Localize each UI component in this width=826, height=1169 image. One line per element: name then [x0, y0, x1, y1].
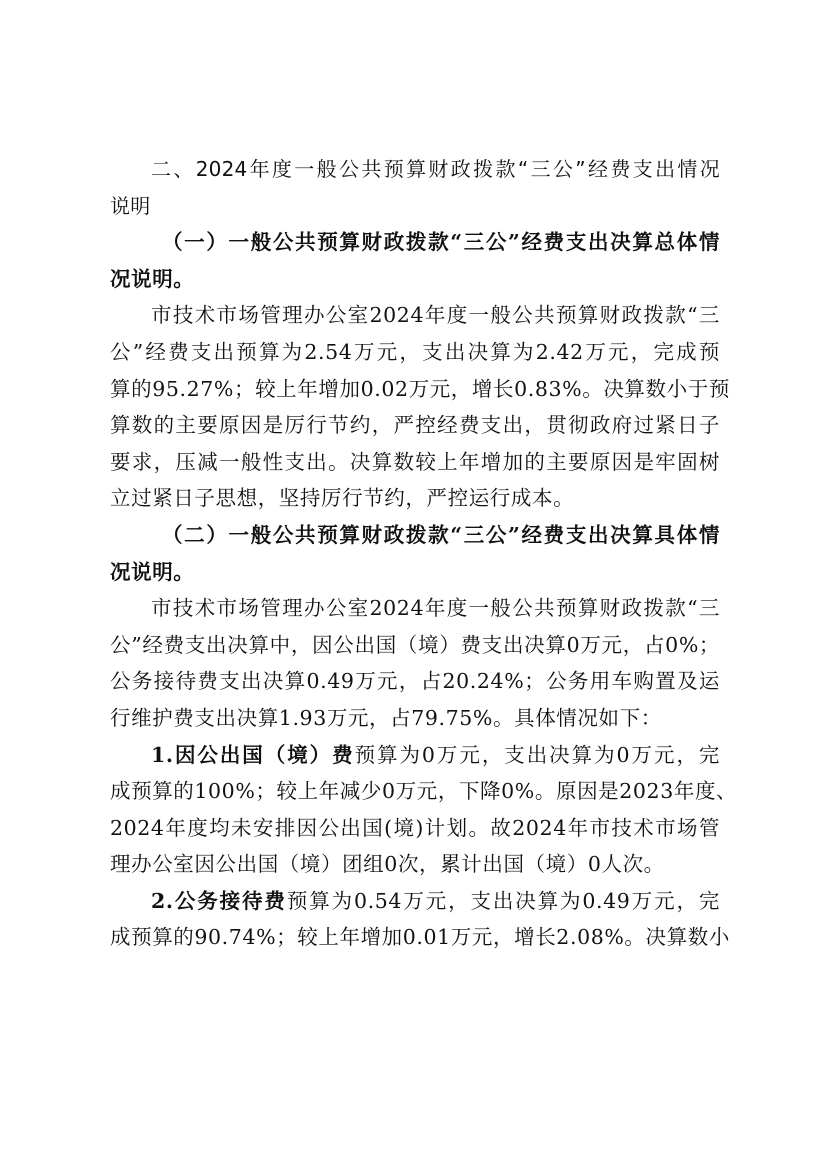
item-1-line: 2024年度均未安排因公出国(境)计划。故2024年市技术市场管 — [110, 810, 720, 847]
item-1-first-line: 1.因公出国（境）费预算为0万元，支出决算为0万元，完 — [110, 737, 720, 774]
section-heading-line-2: 说明 — [110, 188, 720, 225]
subsection-2-heading-line-2: 况说明。 — [110, 554, 720, 591]
subsection-2-paragraph-line: 行维护费支出决算1.93万元，占79.75%。具体情况如下： — [110, 700, 720, 737]
item-2-label: 2.公务接待费 — [151, 889, 287, 913]
subsection-2-paragraph-line: 公务接待费支出决算0.49万元，占20.24%；公务用车购置及运 — [110, 663, 720, 700]
item-2-first-line-text: 预算为0.54万元，支出决算为0.49万元，完 — [287, 889, 720, 913]
item-1-line: 成预算的100%；较上年减少0万元，下降0%。原因是2023年度、 — [110, 773, 720, 810]
item-1-label: 1.因公出国（境）费 — [151, 743, 355, 767]
subsection-1-paragraph-line: 公”经费支出预算为2.54万元，支出决算为2.42万元，完成预 — [110, 334, 720, 371]
subsection-2-paragraph-line: 市技术市场管理办公室2024年度一般公共预算财政拨款“三 — [110, 590, 720, 627]
subsection-1-heading-line-2: 况说明。 — [110, 261, 720, 298]
subsection-1-paragraph-line: 算的95.27%；较上年增加0.02万元，增长0.83%。决算数小于预 — [110, 371, 720, 408]
section-heading-line-1: 二、2024年度一般公共预算财政拨款“三公”经费支出情况 — [110, 151, 720, 188]
subsection-1-heading-line-1: （一）一般公共预算财政拨款“三公”经费支出决算总体情 — [110, 224, 720, 261]
document-page: 二、2024年度一般公共预算财政拨款“三公”经费支出情况 说明 （一）一般公共预… — [110, 151, 720, 956]
subsection-2-paragraph-line: 公”经费支出决算中，因公出国（境）费支出决算0万元，占0%； — [110, 627, 720, 664]
subsection-1-paragraph-line: 要求，压减一般性支出。决算数较上年增加的主要原因是牢固树 — [110, 444, 720, 481]
subsection-2-heading-line-1: （二）一般公共预算财政拨款“三公”经费支出决算具体情 — [110, 517, 720, 554]
item-2-first-line: 2.公务接待费预算为0.54万元，支出决算为0.49万元，完 — [110, 883, 720, 920]
subsection-1-paragraph-line: 市技术市场管理办公室2024年度一般公共预算财政拨款“三 — [110, 297, 720, 334]
item-2-line: 成预算的90.74%；较上年增加0.01万元，增长2.08%。决算数小 — [110, 919, 720, 956]
item-1-line: 理办公室因公出国（境）团组0次，累计出国（境）0人次。 — [110, 846, 720, 883]
subsection-1-paragraph-line: 立过紧日子思想，坚持厉行节约，严控运行成本。 — [110, 480, 720, 517]
subsection-1-paragraph-line: 算数的主要原因是厉行节约，严控经费支出，贯彻政府过紧日子 — [110, 407, 720, 444]
item-1-first-line-text: 预算为0万元，支出决算为0万元，完 — [355, 743, 720, 767]
